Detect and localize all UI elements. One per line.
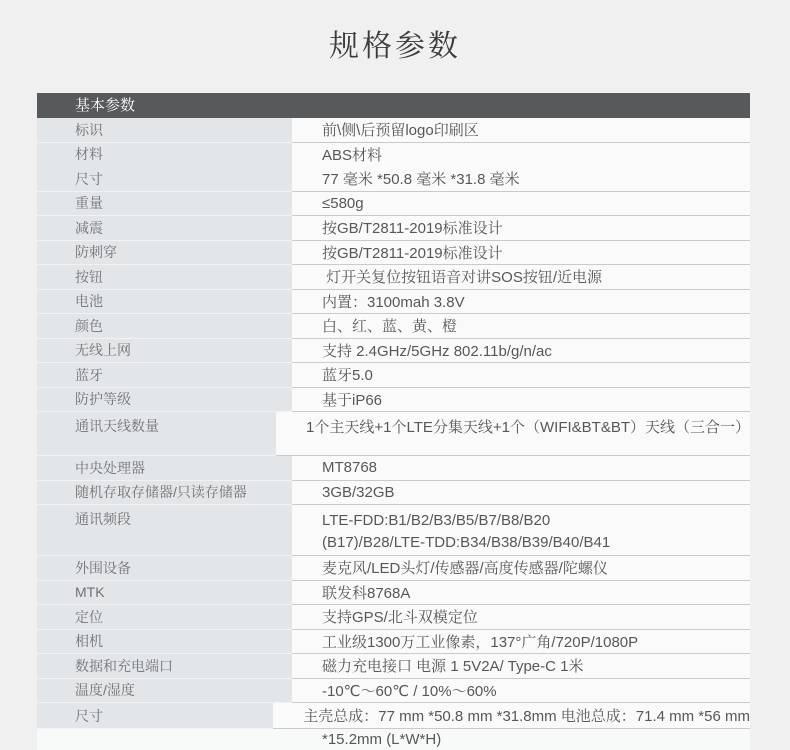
spec-value: 支持 2.4GHz/5GHz 802.11b/g/n/ac bbox=[292, 339, 750, 364]
spec-row-mtk: MTK 联发科8768A bbox=[37, 581, 750, 606]
spec-value: *15.2mm (L*W*H) bbox=[292, 729, 750, 750]
spec-label: 防护等级 bbox=[37, 388, 292, 413]
spec-value: LTE-FDD:B1/B2/B3/B5/B7/B8/B20 (B17)/B28/… bbox=[292, 505, 750, 556]
spec-value: 1个主天线+1个LTE分集天线+1个（WIFI&BT&BT）天线（三合一） bbox=[276, 412, 750, 456]
spec-label: 减震 bbox=[37, 216, 292, 241]
spec-label: 通讯频段 bbox=[37, 505, 292, 556]
spec-label: 尺寸 bbox=[37, 167, 292, 192]
spec-row-charging-port: 数据和充电端口 磁力充电接口 电源 1 5V2A/ Type-C 1米 bbox=[37, 654, 750, 679]
spec-row-shock: 减震 按GB/T2811-2019标准设计 bbox=[37, 216, 750, 241]
spec-value-line2: (B17)/B28/LTE-TDD:B34/B38/B39/B40/B41 bbox=[322, 532, 750, 554]
spec-label: 通讯天线数量 bbox=[37, 412, 276, 456]
spec-value: MT8768 bbox=[292, 456, 750, 481]
spec-value: 前\侧\后预留logo印刷区 bbox=[292, 118, 750, 143]
spec-row-puncture: 防刺穿 按GB/T2811-2019标准设计 bbox=[37, 241, 750, 266]
spec-row-bands: 通讯频段 LTE-FDD:B1/B2/B3/B5/B7/B8/B20 (B17)… bbox=[37, 505, 750, 556]
spec-row-camera: 相机 工业级1300万工业像素，137°广角/720P/1080P bbox=[37, 630, 750, 655]
spec-value: 按GB/T2811-2019标准设计 bbox=[292, 241, 750, 266]
spec-value: 3GB/32GB bbox=[292, 481, 750, 506]
spec-label: 颜色 bbox=[37, 314, 292, 339]
spec-label: 中央处理器 bbox=[37, 456, 292, 481]
spec-label: 相机 bbox=[37, 630, 292, 655]
spec-label: 蓝牙 bbox=[37, 363, 292, 388]
spec-row-temp-humidity: 温度/湿度 -10℃～60℃ / 10%～60% bbox=[37, 679, 750, 704]
spec-value: 磁力充电接口 电源 1 5V2A/ Type-C 1米 bbox=[292, 654, 750, 679]
spec-row-cpu: 中央处理器 MT8768 bbox=[37, 456, 750, 481]
spec-value: -10℃～60℃ / 10%～60% bbox=[292, 679, 750, 704]
spec-value: 麦克风/LED头灯/传感器/高度传感器/陀螺仪 bbox=[292, 556, 750, 581]
spec-value: 蓝牙5.0 bbox=[292, 363, 750, 388]
spec-label: 按钮 bbox=[37, 265, 292, 290]
spec-label: MTK bbox=[37, 581, 292, 606]
spec-row-bluetooth: 蓝牙 蓝牙5.0 bbox=[37, 363, 750, 388]
spec-value: 白、红、蓝、黄、橙 bbox=[292, 314, 750, 339]
spec-row-positioning: 定位 支持GPS/北斗双模定位 bbox=[37, 605, 750, 630]
spec-row-dimensions: 尺寸 主壳总成：77 mm *50.8 mm *31.8mm 电池总成：71.4… bbox=[37, 703, 750, 729]
spec-value-line1: LTE-FDD:B1/B2/B3/B5/B7/B8/B20 bbox=[322, 510, 750, 532]
spec-value: 联发科8768A bbox=[292, 581, 750, 606]
spec-row-size: 尺寸 77 毫米 *50.8 毫米 *31.8 毫米 bbox=[37, 167, 750, 192]
spec-value: ≤580g bbox=[292, 192, 750, 217]
spec-label: 标识 bbox=[37, 118, 292, 143]
spec-value: 基于iP66 bbox=[292, 388, 750, 413]
spec-value: 主壳总成：77 mm *50.8 mm *31.8mm 电池总成：71.4 mm… bbox=[273, 703, 750, 729]
spec-label: 数据和充电端口 bbox=[37, 654, 292, 679]
spec-label: 外围设备 bbox=[37, 556, 292, 581]
spec-label: 防刺穿 bbox=[37, 241, 292, 266]
spec-label: 尺寸 bbox=[37, 703, 273, 729]
spec-row-dimensions-continued: *15.2mm (L*W*H) bbox=[37, 729, 750, 750]
spec-value: 77 毫米 *50.8 毫米 *31.8 毫米 bbox=[292, 167, 750, 192]
spec-row-peripherals: 外围设备 麦克风/LED头灯/传感器/高度传感器/陀螺仪 bbox=[37, 556, 750, 581]
spec-row-wifi: 无线上网 支持 2.4GHz/5GHz 802.11b/g/n/ac bbox=[37, 339, 750, 364]
spec-label: 温度/湿度 bbox=[37, 679, 292, 704]
spec-label: 材料 bbox=[37, 143, 292, 168]
spec-value: 灯开关复位按钮语音对讲SOS按钮/近电源 bbox=[292, 265, 750, 290]
spec-label: 无线上网 bbox=[37, 339, 292, 364]
spec-table: 基本参数 标识 前\侧\后预留logo印刷区 材料 ABS材料 尺寸 77 毫米… bbox=[37, 93, 750, 750]
spec-value: 内置：3100mah 3.8V bbox=[292, 290, 750, 315]
spec-row-antennas: 通讯天线数量 1个主天线+1个LTE分集天线+1个（WIFI&BT&BT）天线（… bbox=[37, 412, 750, 456]
spec-row-ip-rating: 防护等级 基于iP66 bbox=[37, 388, 750, 413]
spec-row-weight: 重量 ≤580g bbox=[37, 192, 750, 217]
spec-value: 支持GPS/北斗双模定位 bbox=[292, 605, 750, 630]
spec-label bbox=[37, 729, 292, 750]
spec-value: 工业级1300万工业像素，137°广角/720P/1080P bbox=[292, 630, 750, 655]
spec-row-material: 材料 ABS材料 bbox=[37, 143, 750, 168]
spec-label: 电池 bbox=[37, 290, 292, 315]
spec-label: 重量 bbox=[37, 192, 292, 217]
spec-row-battery: 电池 内置：3100mah 3.8V bbox=[37, 290, 750, 315]
spec-value: ABS材料 bbox=[292, 143, 750, 168]
page-title: 规格参数 bbox=[0, 30, 790, 64]
spec-row-ram-rom: 随机存取存储器/只读存储器 3GB/32GB bbox=[37, 481, 750, 506]
section-header: 基本参数 bbox=[37, 93, 750, 118]
spec-label: 随机存取存储器/只读存储器 bbox=[37, 481, 292, 506]
spec-row-color: 颜色 白、红、蓝、黄、橙 bbox=[37, 314, 750, 339]
spec-row-logo: 标识 前\侧\后预留logo印刷区 bbox=[37, 118, 750, 143]
spec-label: 定位 bbox=[37, 605, 292, 630]
spec-row-buttons: 按钮 灯开关复位按钮语音对讲SOS按钮/近电源 bbox=[37, 265, 750, 290]
spec-value: 按GB/T2811-2019标准设计 bbox=[292, 216, 750, 241]
